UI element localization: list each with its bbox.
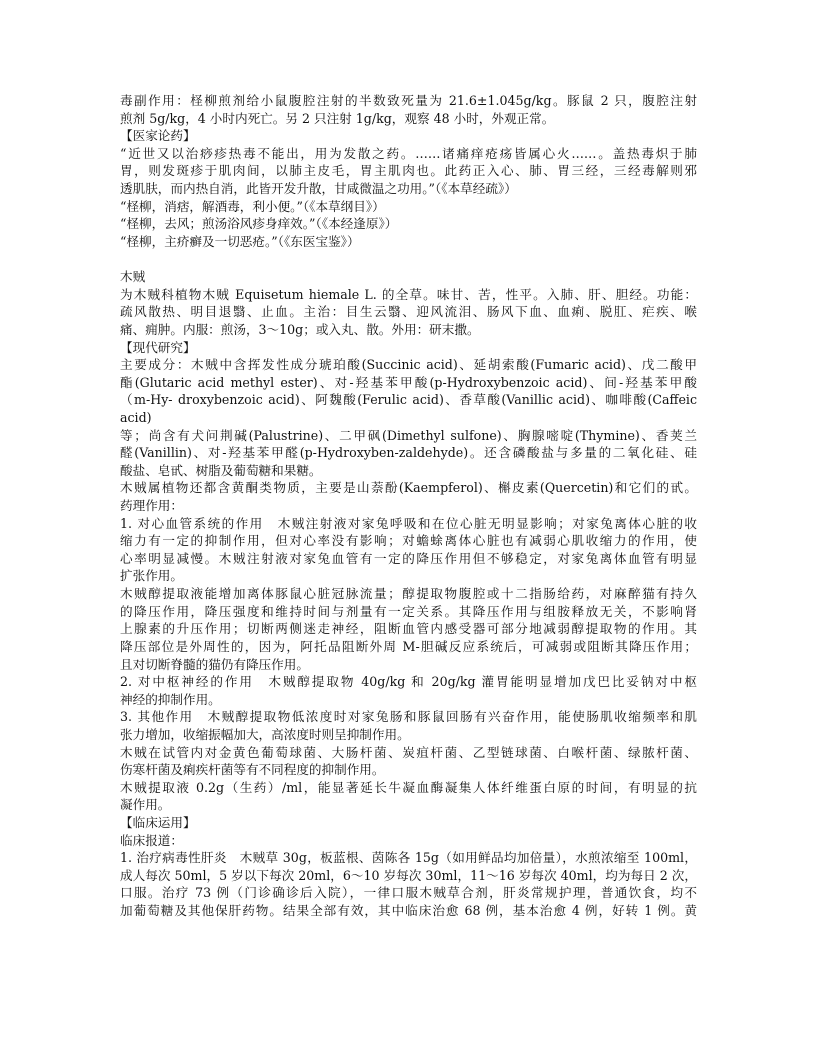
expert-quote: “柽柳，主疥癣及一切恶疮。”（《东医宝鉴》） [120, 233, 697, 251]
text-line: 木贼提取液 0.2g（生药）/ml，能显著延长牛凝血酶凝集人体纤维蛋白原的时间，… [120, 779, 697, 797]
text-line: 透肌肤，而内热自消，此皆开发升散，甘咸微温之功用。”（《本草经疏》） [120, 180, 697, 198]
text-line: 的降压作用，降压强度和维持时间与剂量有一定关系。其降压作用与组胺释放无关，不影响… [120, 603, 697, 621]
herb-intro-paragraph: 为木贼科植物木贼 Equisetum hiemale L. 的全草。味甘、苦，性… [120, 286, 697, 339]
components-paragraph: 主要成分：木贼中含挥发性成分琥珀酸(Succinic acid)、延胡索酸(Fu… [120, 356, 697, 426]
blank-line [120, 250, 697, 268]
text-line: “柽柳，消痞，解酒毒，利小便。”（《本草纲目》） [120, 198, 697, 216]
clinical-paragraph: 1. 治疗病毒性肝炎 木贼草 30g，板蓝根、茵陈各 15g（如用鲜品均加倍量）… [120, 849, 697, 919]
text-line: acid) [120, 409, 697, 427]
text-line: 疏风散热、明目退翳、止血。主治：目生云翳、迎风流泪、肠风下血、血痢、脱肛、疟疾、… [120, 303, 697, 321]
pharmacology-paragraph: 2. 对中枢神经的作用 木贼醇提取物 40g/kg 和 20g/kg 灌胃能明显… [120, 673, 697, 708]
text-line: 木贼醇提取液能增加离体豚鼠心脏冠脉流量；醇提取物腹腔或十二指肠给药，对麻醉猫有持… [120, 585, 697, 603]
text-line: 口服。治疗 73 例（门诊确诊后入院），一律口服木贼草合剂，肝炎常规护理，普通饮… [120, 884, 697, 902]
pharmacology-paragraph: 1. 对心血管系统的作用 木贼注射液对家兔呼吸和在位心脏无明显影响；对家兔离体心… [120, 515, 697, 585]
text-line: 缩力有一定的抑制作用，但对心率没有影响；对蟾蜍离体心脏也有减弱心肌收缩力的作用，… [120, 532, 697, 550]
text-line: “柽柳，去风；煎汤浴风疹身痒效。”（《本经逢原》） [120, 215, 697, 233]
text-line: 降压部位是外周性的，因为，阿托品阻断外周 M-胆碱反应系统后，可减弱或阻断其降压… [120, 638, 697, 656]
text-line: 等；尚含有犬问荆碱(Palustrine)、二甲砜(Dimethyl sulfo… [120, 427, 697, 445]
text-line: 2. 对中枢神经的作用 木贼醇提取物 40g/kg 和 20g/kg 灌胃能明显… [120, 673, 697, 691]
pharmacology-paragraph: 木贼提取液 0.2g（生药）/ml，能显著延长牛凝血酶凝集人体纤维蛋白原的时间，… [120, 779, 697, 814]
text-line: （m-Hy- droxybenzoic acid)、阿魏酸(Ferulic ac… [120, 391, 697, 409]
expert-quote: “柽柳，去风；煎汤浴风疹身痒效。”（《本经逢原》） [120, 215, 697, 233]
herb-title: 木贼 [120, 268, 697, 286]
text-line: 心率明显减慢。木贼注射液对家兔血管有一定的降压作用但不够稳定，对家兔离体血管有明… [120, 550, 697, 568]
pharmacology-paragraph: 3. 其他作用 木贼醇提取物低浓度时对家兔肠和豚鼠回肠有兴奋作用，能使肠肌收缩频… [120, 708, 697, 743]
text-line: 为木贼科植物木贼 Equisetum hiemale L. 的全草。味甘、苦，性… [120, 286, 697, 304]
text-line: 煎剂 5g/kg，4 小时内死亡。另 2 只注射 1g/kg，观察 48 小时，… [120, 110, 697, 128]
text-line: 胃，则发斑疹于肌肉间，以肺主皮毛，胃主肌肉也。此药正入心、肺、胃三经，三经毒解则… [120, 162, 697, 180]
section-heading-expert: 【医家论药】 [120, 127, 697, 145]
text-line: 张力增加，收缩振幅加大，高浓度时则呈抑制作用。 [120, 726, 697, 744]
text-line: 木贼在试管内对金黄色葡萄球菌、大肠杆菌、炭疽杆菌、乙型链球菌、白喉杆菌、绿脓杆菌… [120, 744, 697, 762]
pharmacology-paragraph: 木贼在试管内对金黄色葡萄球菌、大肠杆菌、炭疽杆菌、乙型链球菌、白喉杆菌、绿脓杆菌… [120, 744, 697, 779]
text-line: 1. 治疗病毒性肝炎 木贼草 30g，板蓝根、茵陈各 15g（如用鲜品均加倍量）… [120, 849, 697, 867]
text-line: 醛(Vanillin)、对-羟基苯甲醛(p-Hydroxyben-zaldehy… [120, 444, 697, 462]
text-line: 伤寒杆菌及痢疾杆菌等有不同程度的抑制作用。 [120, 761, 697, 779]
expert-quote: “近世又以治痧疹热毒不能出，用为发散之药。……诸痛痒疮疡皆属心火……。盖热毒炽于… [120, 145, 697, 198]
text-line: 1. 对心血管系统的作用 木贼注射液对家兔呼吸和在位心脏无明显影响；对家兔离体心… [120, 515, 697, 533]
text-line: 酯(Glutaric acid methyl ester)、对-羟基苯甲酸(p-… [120, 374, 697, 392]
text-line: “近世又以治痧疹热毒不能出，用为发散之药。……诸痛痒疮疡皆属心火……。盖热毒炽于… [120, 145, 697, 163]
text-line: 神经的抑制作用。 [120, 691, 697, 709]
text-line: 凝作用。 [120, 796, 697, 814]
text-line: 且对切断脊髓的猫仍有降压作用。 [120, 656, 697, 674]
pharmacology-heading: 药理作用： [120, 497, 697, 515]
text-line: 木贼属植物还都含黄酮类物质，主要是山萘酚(Kaempferol)、槲皮素(Que… [120, 479, 697, 497]
text-line: 扩张作用。 [120, 567, 697, 585]
text-line: 主要成分：木贼中含挥发性成分琥珀酸(Succinic acid)、延胡索酸(Fu… [120, 356, 697, 374]
toxicity-paragraph: 毒副作用：柽柳煎剂给小鼠腹腔注射的半数致死量为 21.6±1.045g/kg。豚… [120, 92, 697, 127]
text-line: 痛、痈肿。内服：煎汤，3～10g；或入丸、散。外用：研末撒。 [120, 321, 697, 339]
components-more-paragraph: 等；尚含有犬问荆碱(Palustrine)、二甲砜(Dimethyl sulfo… [120, 427, 697, 480]
text-line: 加葡萄糖及其他保肝药物。结果全部有效，其中临床治愈 68 例，基本治愈 4 例，… [120, 902, 697, 920]
text-line: 毒副作用：柽柳煎剂给小鼠腹腔注射的半数致死量为 21.6±1.045g/kg。豚… [120, 92, 697, 110]
expert-quote: “柽柳，消痞，解酒毒，利小便。”（《本草纲目》） [120, 198, 697, 216]
section-heading-clinical: 【临床运用】 [120, 814, 697, 832]
flavonoids-paragraph: 木贼属植物还都含黄酮类物质，主要是山萘酚(Kaempferol)、槲皮素(Que… [120, 479, 697, 497]
clinical-subheading: 临床报道： [120, 832, 697, 850]
text-line: “柽柳，主疥癣及一切恶疮。”（《东医宝鉴》） [120, 233, 697, 251]
text-line: 成人每次 50ml，5 岁以下每次 20ml，6～10 岁每次 30ml，11～… [120, 867, 697, 885]
pharmacology-paragraph: 木贼醇提取液能增加离体豚鼠心脏冠脉流量；醇提取物腹腔或十二指肠给药，对麻醉猫有持… [120, 585, 697, 673]
document-page: 毒副作用：柽柳煎剂给小鼠腹腔注射的半数致死量为 21.6±1.045g/kg。豚… [120, 92, 697, 920]
text-line: 酸盐、皂甙、树脂及葡萄糖和果糖。 [120, 462, 697, 480]
text-line: 3. 其他作用 木贼醇提取物低浓度时对家兔肠和豚鼠回肠有兴奋作用，能使肠肌收缩频… [120, 708, 697, 726]
section-heading-modern: 【现代研究】 [120, 339, 697, 357]
text-line: 上腺素的升压作用；切断两侧迷走神经，阻断血管内感受器可部分地减弱醇提取物的作用。… [120, 620, 697, 638]
